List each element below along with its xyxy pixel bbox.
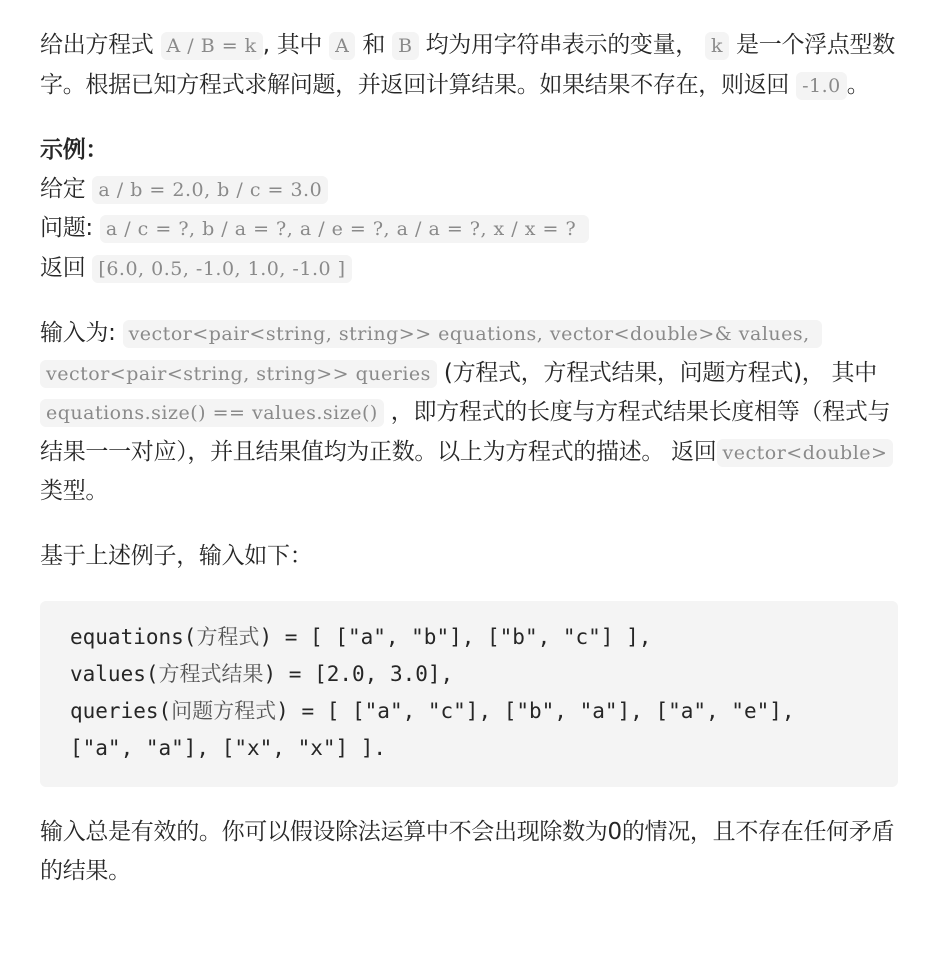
inline-code-negative-one: -1.0 [796,72,847,100]
return-code: [6.0, 0.5, -1.0, 1.0, -1.0 ] [92,255,351,283]
input-desc-text: 输入为: [40,320,123,346]
intro-text: 和 [355,32,392,58]
intro-text: 给出方程式 [40,32,161,58]
intro-text: 。 [847,72,870,98]
code-comment-text: 方程式结果 [159,662,264,686]
question-label: 问题: [40,215,100,241]
example-section: 示例： 给定 a / b = 2.0, b / c = 3.0 问题: a / … [40,131,898,288]
given-label: 给定 [40,176,92,202]
given-code: a / b = 2.0, b / c = 3.0 [92,176,328,204]
inline-code-var-b: B [392,32,418,60]
example-return: 返回 [6.0, 0.5, -1.0, 1.0, -1.0 ] [40,249,898,289]
code-text: ) = [ ["a", "b"], ["b", "c"] ], [259,625,651,649]
code-text: values( [70,662,159,686]
code-text: queries( [70,699,171,723]
input-description: 输入为: vector<pair<string, string>> equati… [40,314,898,511]
code-comment-text: 问题方程式 [171,699,276,723]
based-on-text: 基于上述例子，输入如下： [40,537,898,576]
code-text: equations( [70,625,196,649]
question-code: a / c = ?, b / a = ?, a / e = ?, a / a =… [100,215,589,243]
intro-paragraph: 给出方程式 A / B = k, 其中 A 和 B 均为用字符串表示的变量， k… [40,26,898,105]
example-heading: 示例： [40,131,898,170]
input-code-block: equations(方程式) = [ ["a", "b"], ["b", "c"… [40,601,898,787]
input-desc-text: (方程式，方程式结果，问题方程式)， 其中 [437,360,877,386]
code-text: ) = [2.0, 3.0], [264,662,454,686]
code-comment-text: 方程式 [196,625,259,649]
example-given: 给定 a / b = 2.0, b / c = 3.0 [40,170,898,210]
problem-description: 给出方程式 A / B = k, 其中 A 和 B 均为用字符串表示的变量， k… [0,0,936,890]
inline-code-equation: A / B = k [161,32,263,60]
example-question: 问题: a / c = ?, b / a = ?, a / e = ?, a /… [40,209,898,249]
footer-note: 输入总是有效的。你可以假设除法运算中不会出现除数为0的情况，且不存在任何矛盾的结… [40,813,898,890]
input-desc-text: 类型。 [40,478,108,504]
return-label: 返回 [40,255,92,281]
inline-code-var-a: A [329,32,355,60]
intro-text: 均为用字符串表示的变量， [419,32,705,58]
inline-code-return-type: vector<double> [717,439,894,467]
inline-code-var-k: k [705,32,729,60]
intro-text: , 其中 [263,32,329,58]
inline-code-size-check: equations.size() == values.size() [40,399,384,427]
